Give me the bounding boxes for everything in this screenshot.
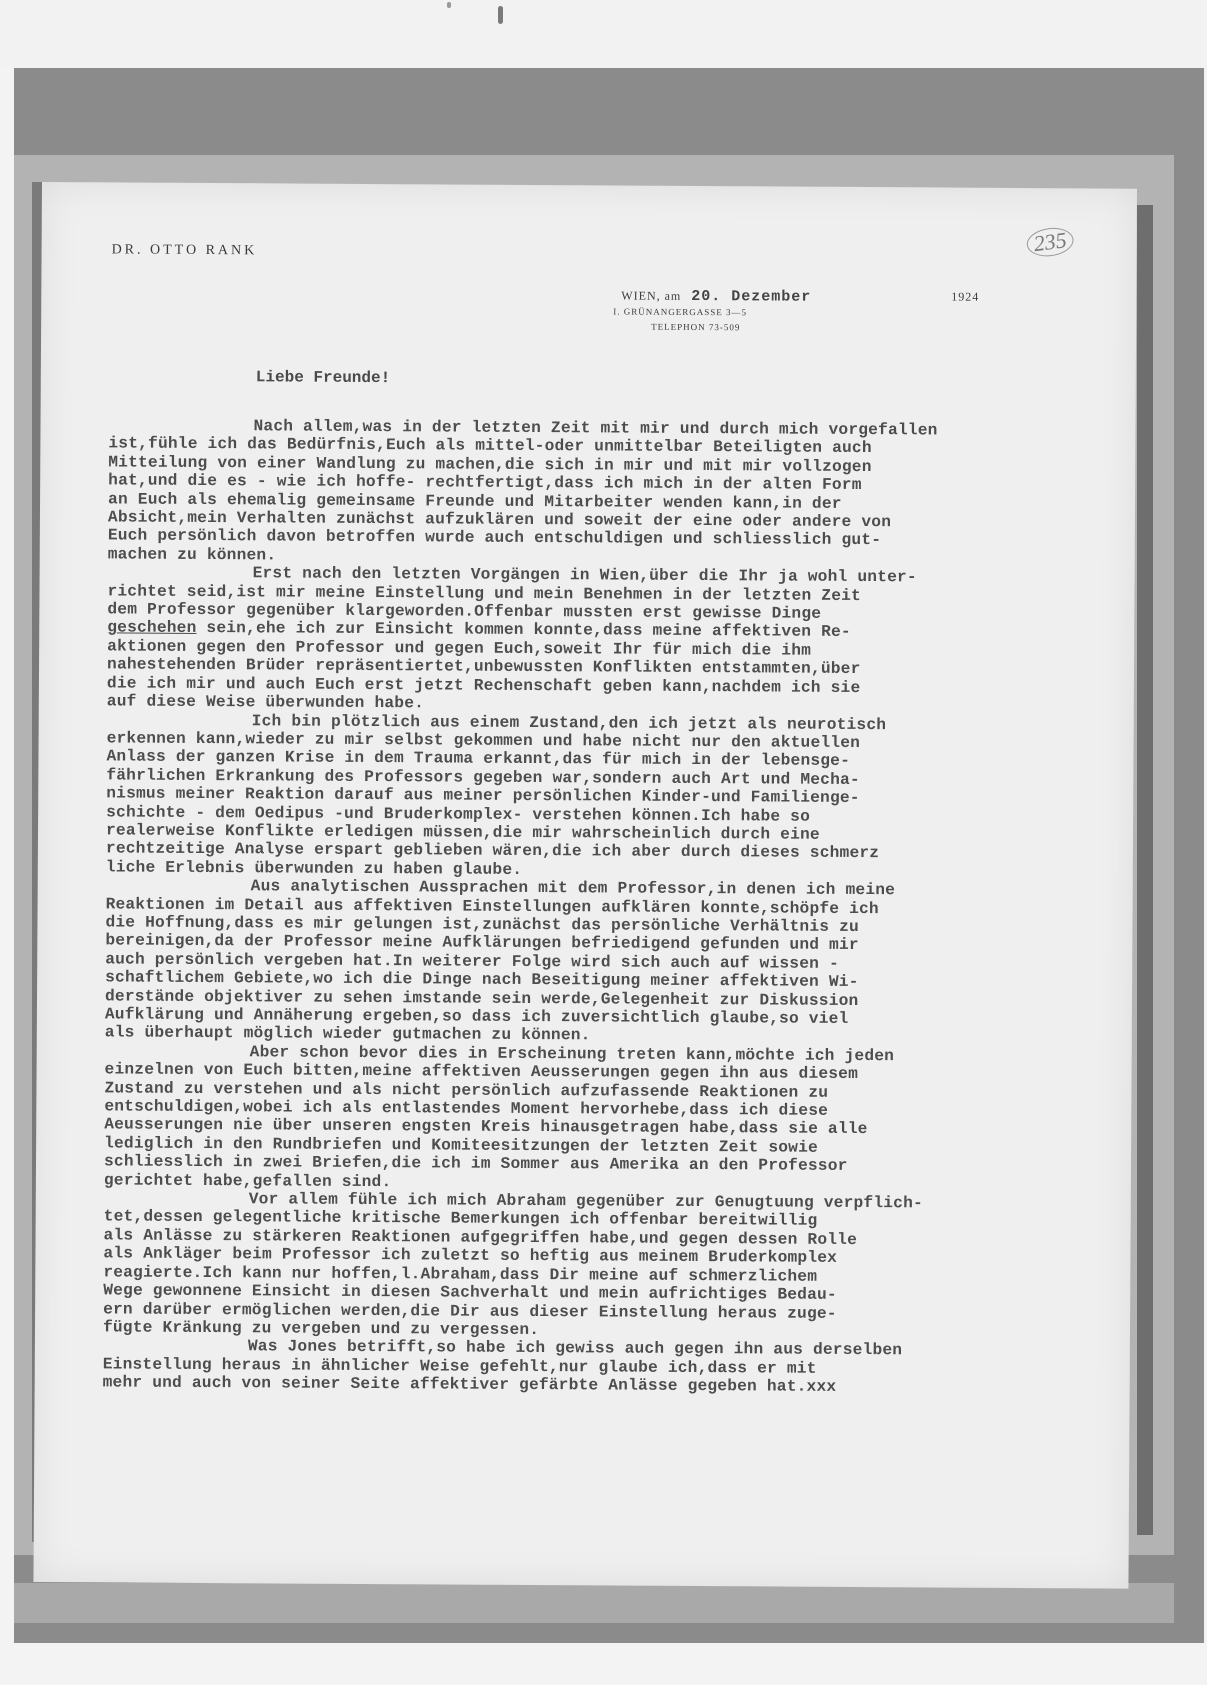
frame-bottom-band <box>14 1583 1174 1623</box>
frame-right-shadow <box>1137 205 1153 1535</box>
city-label: WIEN, am <box>621 289 681 303</box>
scan-top-margin <box>0 0 1207 68</box>
letterhead-place-date: WIEN, am 20. Dezember 1924 I. GRÜNANGERG… <box>621 288 811 333</box>
date-typed: 20. Dezember <box>691 288 811 306</box>
scan-speck <box>447 2 451 8</box>
letter-body: Nach allem,was in der letzten Zeit mit m… <box>103 416 1119 1398</box>
letterhead-address: I. GRÜNANGERGASSE 3—5 <box>613 306 811 317</box>
place-date-line: WIEN, am 20. Dezember 1924 <box>621 288 811 306</box>
letterhead-telephone: TELEPHON 73-509 <box>651 322 811 333</box>
salutation: Liebe Freunde! <box>256 368 391 387</box>
letterhead-name: DR. OTTO RANK <box>112 242 258 259</box>
scan-smudge <box>498 6 503 24</box>
underlined-word: geschehen <box>107 619 196 638</box>
date-year: 1924 <box>951 290 979 305</box>
archive-number: 235 <box>1025 225 1075 259</box>
letter-page: DR. OTTO RANK 235 WIEN, am 20. Dezember … <box>33 182 1137 1589</box>
